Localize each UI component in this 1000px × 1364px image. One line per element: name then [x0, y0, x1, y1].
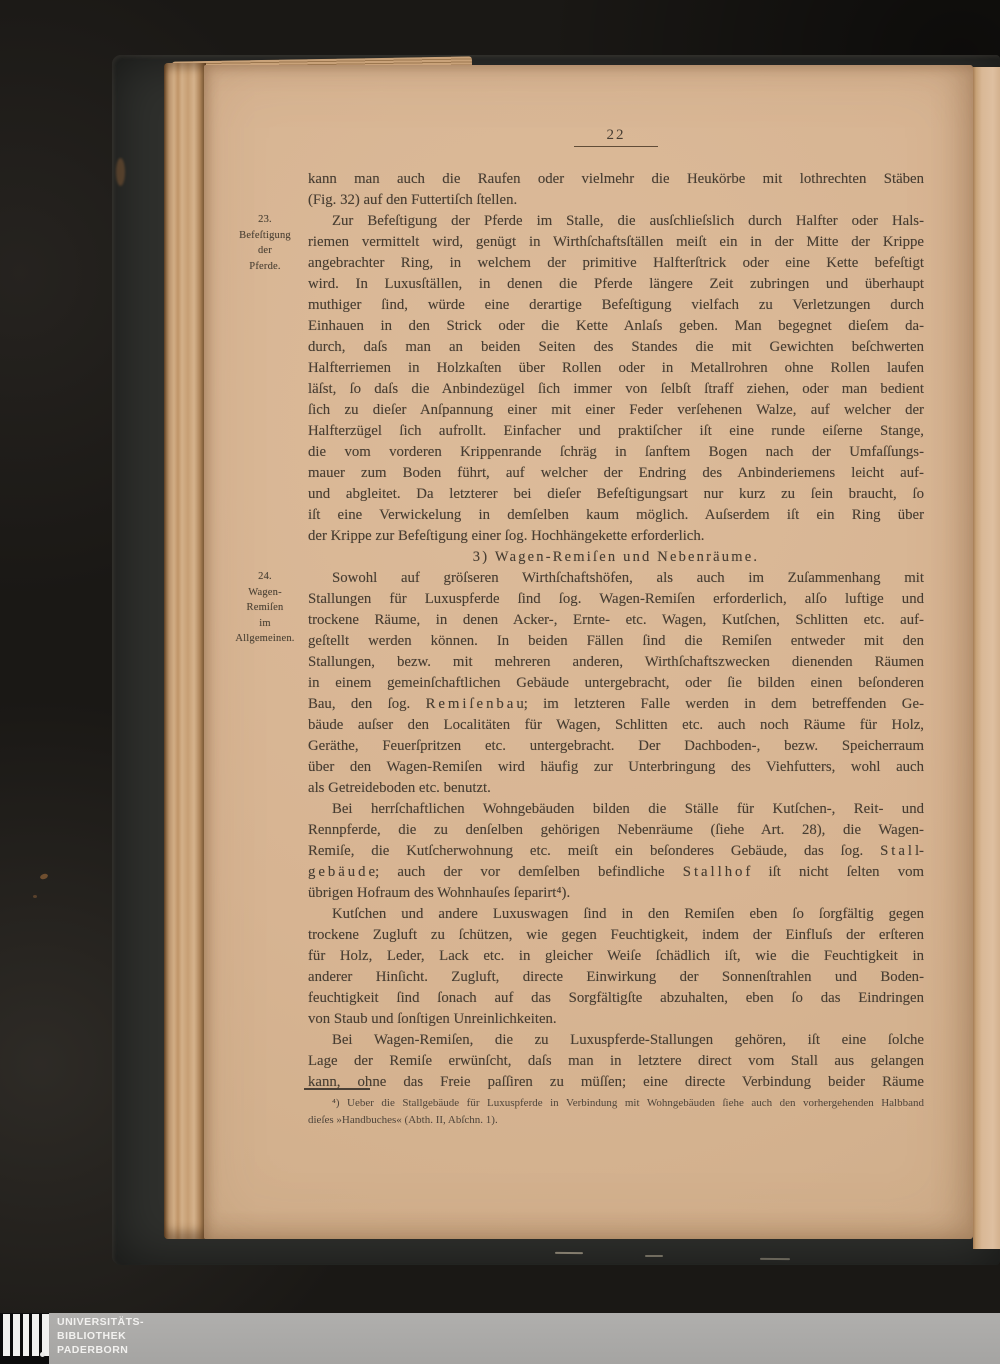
body-line: angebrachter Ring, in welchem der primit… [308, 253, 924, 274]
body-line: über den Wagen-Remiſen wird häufig zur U… [308, 757, 924, 778]
body-line: kann, ohne das Freie paſſiren zu müſſen;… [308, 1072, 924, 1093]
margin-note-line: Pferde. [228, 259, 302, 275]
edge-fleck [645, 1255, 663, 1257]
logo-bar [3, 1314, 10, 1356]
logo-bars [0, 1313, 49, 1356]
page-stack-left-edge [164, 63, 206, 1239]
body-line: Halfterzügel ſich aufrollt. Einfacher un… [308, 421, 924, 442]
paragraph: kann man auch die Raufen oder vielmehr d… [308, 169, 924, 211]
body-line: Bei herrſchaftlichen Wohngebäuden bilden… [308, 799, 924, 820]
body-line: der Krippe zur Befeſtigung einer ſog. Ho… [308, 526, 924, 547]
margin-note-number: 23. [228, 212, 302, 228]
body-line: kann man auch die Raufen oder vielmehr d… [308, 169, 924, 190]
paragraph: 23.BefeſtigungderPferde.Zur Befeſtigung … [308, 211, 924, 547]
footnote: ⁴) Ueber die Stallgebäude für Luxuspferd… [308, 1095, 924, 1130]
body-line: Bau, den ſog. R e m i ſ e n b a u; im le… [308, 694, 924, 715]
margin-note: 24.Wagen-RemiſenimAllgemeinen. [228, 569, 302, 647]
text-column: 22 kann man auch die Raufen oder vielmeh… [308, 65, 924, 1130]
body-line: anderer Hinſicht. Zugluft, directe Einwi… [308, 967, 924, 988]
library-name-line: BIBLIOTHEK [57, 1330, 144, 1344]
body-line: in einem gemeinſchaftlichen Gebäude unte… [308, 673, 924, 694]
logo-bar [23, 1314, 30, 1356]
body-line: bäude auſser den Localitäten für Wagen, … [308, 715, 924, 736]
scan-viewport: 22 kann man auch die Raufen oder vielmeh… [0, 0, 1000, 1364]
library-name-line: PADERBORN [57, 1344, 144, 1358]
body-line: Geräthe, Feuerſpritzen etc. untergebrach… [308, 736, 924, 757]
margin-note-line: im [228, 616, 302, 632]
body-line: die vom vorderen Krippenrande ſchräg in … [308, 442, 924, 463]
body-line: Halfterriemen in Holzkaſten über Rollen … [308, 358, 924, 379]
cover-scuff [33, 895, 37, 898]
body-line: trockene Zugluft zu ſchützen, wie gegen … [308, 925, 924, 946]
text-column-blocks: kann man auch die Raufen oder vielmehr d… [308, 169, 924, 1093]
margin-note-line: Remiſen [228, 600, 302, 616]
page-number-rule [574, 146, 658, 147]
footnote-line: ⁴) Ueber die Stallgebäude für Luxuspferd… [308, 1095, 924, 1113]
body-line: trockene Räume, in denen Acker-, Ernte- … [308, 610, 924, 631]
facing-page-edge [973, 67, 1000, 1249]
scanned-page: 22 kann man auch die Raufen oder vielmeh… [204, 65, 973, 1239]
library-name: UNIVERSITÄTS- BIBLIOTHEK PADERBORN [57, 1316, 144, 1357]
body-line: Kutſchen und andere Luxuswagen ſind in d… [308, 904, 924, 925]
cover-scuff [116, 158, 125, 186]
body-line: Remiſe, die Kutſcherwohnung etc. meiſt e… [308, 841, 924, 862]
body-line: Stallungen, bezw. mit mehreren anderen, … [308, 652, 924, 673]
body-line: für Holz, Leder, Lack etc. in gleicher W… [308, 946, 924, 967]
body-line: läſst, ſo daſs die Anbindezügel ſich imm… [308, 379, 924, 400]
section-heading: 3) Wagen-Remiſen und Nebenräume. [308, 547, 924, 568]
margin-note-line: Wagen- [228, 585, 302, 601]
paragraph: Bei herrſchaftlichen Wohngebäuden bilden… [308, 799, 924, 904]
margin-note-line: Allgemeinen. [228, 631, 302, 647]
cover-scuff [39, 873, 48, 880]
body-line: als Getreideboden etc. benutzt. [308, 778, 924, 799]
margin-note-line: Befeſtigung [228, 228, 302, 244]
body-line: durch, daſs man an beiden Seiten des Sta… [308, 337, 924, 358]
page-number: 22 [308, 65, 924, 143]
margin-note-line: der [228, 243, 302, 259]
body-line: Zur Befeſtigung der Pferde im Stalle, di… [308, 211, 924, 232]
body-line: ſich zu dieſer Anſpannung einer mit eine… [308, 400, 924, 421]
margin-note-number: 24. [228, 569, 302, 585]
paragraph: Kutſchen und andere Luxuswagen ſind in d… [308, 904, 924, 1030]
body-line: (Fig. 32) auf den Futtertiſch ſtellen. [308, 190, 924, 211]
footnote-line: dieſes »Handbuches« (Abth. II, Abſchn. 1… [308, 1112, 924, 1130]
body-line: iſt eine Verwickelung in demſelben kaum … [308, 505, 924, 526]
paragraph: 24.Wagen-RemiſenimAllgemeinen.Sowohl auf… [308, 568, 924, 799]
edge-fleck [555, 1252, 583, 1254]
logo-dot [40, 1352, 45, 1357]
body-line: übrigen Hofraum des Wohnhauſes ſeparirt⁴… [308, 883, 924, 904]
body-line: Lage der Remiſe erwünſcht, daſs man in l… [308, 1051, 924, 1072]
library-name-line: UNIVERSITÄTS- [57, 1316, 144, 1330]
footer-band [49, 1313, 1000, 1364]
body-line: Sowohl auf gröſseren Wirthſchaftshöfen, … [308, 568, 924, 589]
edge-fleck [760, 1258, 790, 1260]
body-line: g e b ä u d e; auch der vor demſelben be… [308, 862, 924, 883]
body-line: feuchtigkeit ſind ſonach auf das Sorgfäl… [308, 988, 924, 1009]
body-line: geſtellt werden können. In beiden Fällen… [308, 631, 924, 652]
body-line: Einhauen in den Strick oder die Kette An… [308, 316, 924, 337]
margin-note: 23.BefeſtigungderPferde. [228, 212, 302, 274]
body-line: und abgleitet. Da letzterer bei dieſer B… [308, 484, 924, 505]
body-line: Bei Wagen-Remiſen, die zu Luxuspferde-St… [308, 1030, 924, 1051]
body-line: riemen vermittelt wird, genügt in Wirthſ… [308, 232, 924, 253]
body-line: von Staub und ſonſtigen Unreinlichkeiten… [308, 1009, 924, 1030]
logo-bar [32, 1314, 39, 1356]
library-logo [0, 1313, 49, 1364]
logo-bar [42, 1314, 49, 1356]
logo-bar [13, 1314, 20, 1356]
body-line: mauer zum Boden führt, auf welcher der E… [308, 463, 924, 484]
paragraph: Bei Wagen-Remiſen, die zu Luxuspferde-St… [308, 1030, 924, 1093]
body-line: Stallungen für Luxuspferde ſind ſog. Wag… [308, 589, 924, 610]
body-line: wird. In Luxusſtällen, in denen die Pfer… [308, 274, 924, 295]
body-line: Rennpferde, die zu denſelben gehörigen N… [308, 820, 924, 841]
body-line: muthiger ſind, würde eine derartige Befe… [308, 295, 924, 316]
